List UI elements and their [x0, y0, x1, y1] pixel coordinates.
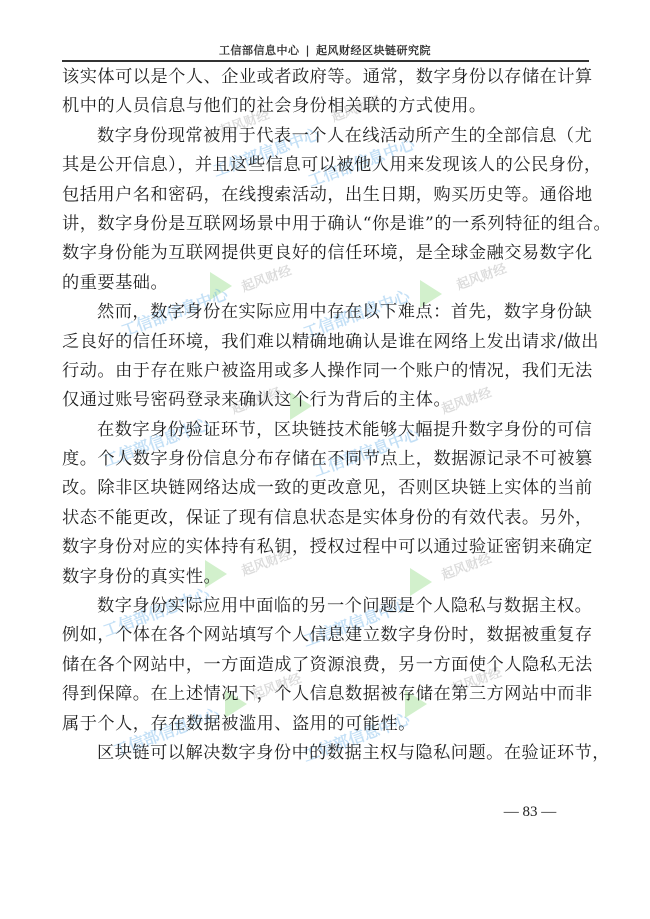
text-line: 得到保障。在上述情况下，个人信息数据被存储在第三方网站中而非 [62, 680, 589, 709]
text-line: 例如，个体在各个网站填写个人信息建立数字身份时，数据被重复存 [62, 621, 589, 650]
text-line: 乏良好的信任环境，我们难以精确地确认是谁在网络上发出请求/做出 [62, 328, 589, 357]
text-line: 状态不能更改，保证了现有信息状态是实体身份的有效代表。另外， [62, 504, 589, 533]
text-line: 数字身份对应的实体持有私钥，授权过程中可以通过验证密钥来确定 [62, 533, 589, 562]
text-line: 改。除非区块链网络达成一致的更改意见，否则区块链上实体的当前 [62, 474, 589, 503]
text-line: 仅通过账号密码登录来确认这个行为背后的主体。 [62, 386, 589, 415]
text-line: 数字身份的真实性。 [62, 563, 589, 592]
text-line: 包括用户名和密码，在线搜索活动，出生日期，购买历史等。通俗地 [62, 181, 589, 210]
text-line: 数字身份现常被用于代表一个人在线活动所产生的全部信息（尤 [62, 122, 589, 151]
page-number: — 83 — [480, 804, 580, 821]
text-line: 度。个人数字身份信息分布存储在不同节点上，数据源记录不可被篡 [62, 445, 589, 474]
header-left: 工信部信息中心 [219, 44, 300, 57]
header-separator: | [305, 44, 310, 57]
text-line: 储在各个网站中，一方面造成了资源浪费，另一方面使个人隐私无法 [62, 651, 589, 680]
text-line: 其是公开信息），并且这些信息可以被他人用来发现该人的公民身份， [62, 151, 589, 180]
text-line: 讲，数字身份是互联网场景中用于确认“你是谁”的一系列特征的组合。 [62, 210, 589, 239]
text-line: 行动。由于存在账户被盗用或多人操作同一个账户的情况，我们无法 [62, 357, 589, 386]
text-line: 属于个人，存在数据被滥用、盗用的可能性。 [62, 710, 589, 739]
header-right: 起风财经区块链研究院 [316, 44, 431, 57]
text-line: 然而，数字身份在实际应用中存在以下难点：首先，数字身份缺 [62, 298, 589, 327]
running-header: 工信部信息中心|起风财经区块链研究院 [0, 42, 650, 58]
header-rule [62, 60, 589, 62]
text-line: 机中的人员信息与他们的社会身份相关联的方式使用。 [62, 92, 589, 121]
document-page: 工信部信息中心|起风财经区块链研究院 起风财经 起风财经 工信部信息中心 工信部… [0, 0, 650, 919]
text-line: 区块链可以解决数字身份中的数据主权与隐私问题。在验证环节， [62, 739, 589, 768]
text-line: 在数字身份验证环节，区块链技术能够大幅提升数字身份的可信 [62, 416, 589, 445]
body-text: 该实体可以是个人、企业或者政府等。通常，数字身份以存储在计算 机中的人员信息与他… [62, 63, 589, 768]
text-line: 的重要基础。 [62, 269, 589, 298]
text-line: 该实体可以是个人、企业或者政府等。通常，数字身份以存储在计算 [62, 63, 589, 92]
text-line: 数字身份实际应用中面临的另一个问题是个人隐私与数据主权。 [62, 592, 589, 621]
text-line: 数字身份能为互联网提供更良好的信任环境，是全球金融交易数字化 [62, 239, 589, 268]
